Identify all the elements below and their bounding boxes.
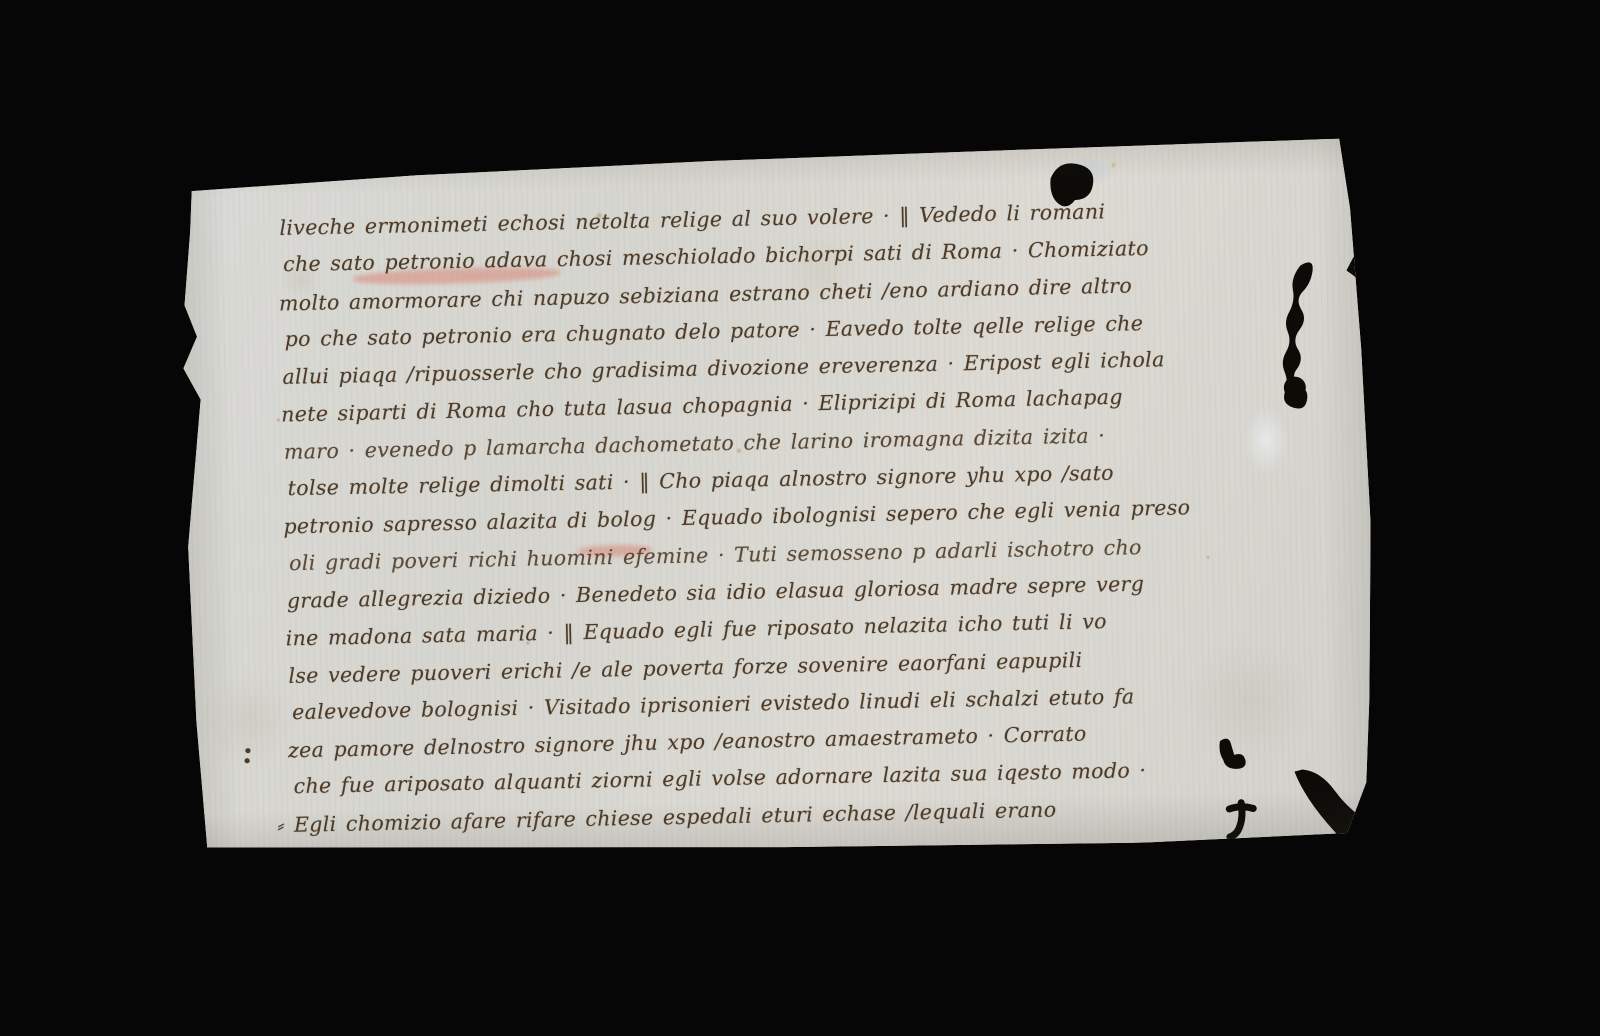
tear-right-edge [1346, 230, 1377, 333]
colon-mark-left-margin [244, 748, 251, 763]
ink-squiggle-right-margin [1281, 262, 1316, 409]
ink-squiggle-blob [1284, 376, 1306, 398]
photo-background: liveche ermonimeti echosi netolta relige… [0, 0, 1600, 1036]
ink-blot-bottom-right [1295, 768, 1377, 852]
manuscript-leaf: liveche ermonimeti echosi netolta relige… [178, 138, 1377, 862]
manuscript-text-block: liveche ermonimeti echosi netolta relige… [279, 190, 1292, 844]
